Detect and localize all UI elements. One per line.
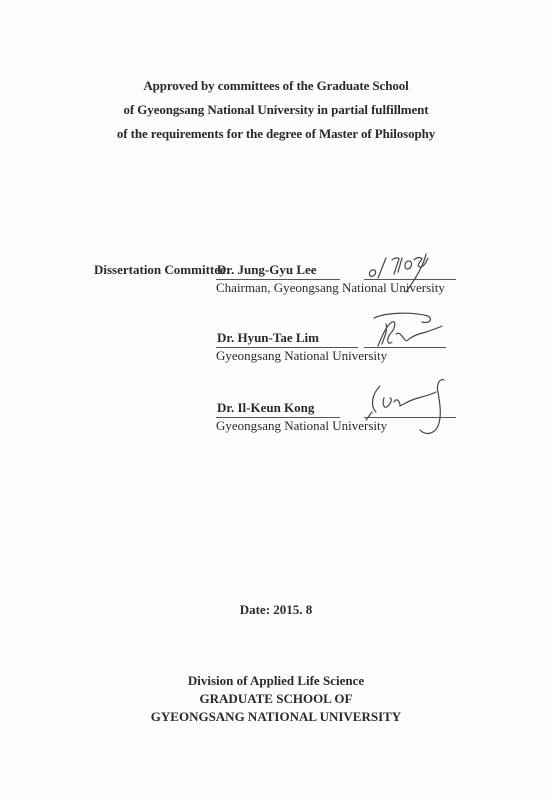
member-name: Dr. Hyun-Tae Lim [216, 330, 387, 346]
committee-member-chairman: Dr. Jung-Gyu Lee Chairman, Gyeongsang Na… [216, 262, 445, 296]
name-underline [216, 279, 340, 280]
approval-line-1: Approved by committees of the Graduate S… [0, 74, 552, 98]
name-underline [216, 417, 340, 418]
signature-icon [362, 376, 458, 440]
school-name: GRADUATE SCHOOL OF [0, 690, 552, 708]
member-affiliation: Gyeongsang National University [216, 348, 387, 364]
signature-icon [364, 248, 454, 294]
approval-statement: Approved by committees of the Graduate S… [0, 74, 552, 146]
division-name: Division of Applied Life Science [0, 672, 552, 690]
approval-line-2: of Gyeongsang National University in par… [0, 98, 552, 122]
approval-date: Date: 2015. 8 [0, 602, 552, 618]
committee-member-2: Dr. Hyun-Tae Lim Gyeongsang National Uni… [216, 330, 387, 364]
signature-icon [366, 310, 450, 352]
committee-label: Dissertation Committee: [94, 262, 230, 278]
university-name: GYEONGSANG NATIONAL UNIVERSITY [0, 708, 552, 726]
institution-block: Division of Applied Life Science GRADUAT… [0, 672, 552, 726]
approval-line-3: of the requirements for the degree of Ma… [0, 122, 552, 146]
name-underline [216, 347, 358, 348]
committee-member-3: Dr. Il-Keun Kong Gyeongsang National Uni… [216, 400, 387, 434]
